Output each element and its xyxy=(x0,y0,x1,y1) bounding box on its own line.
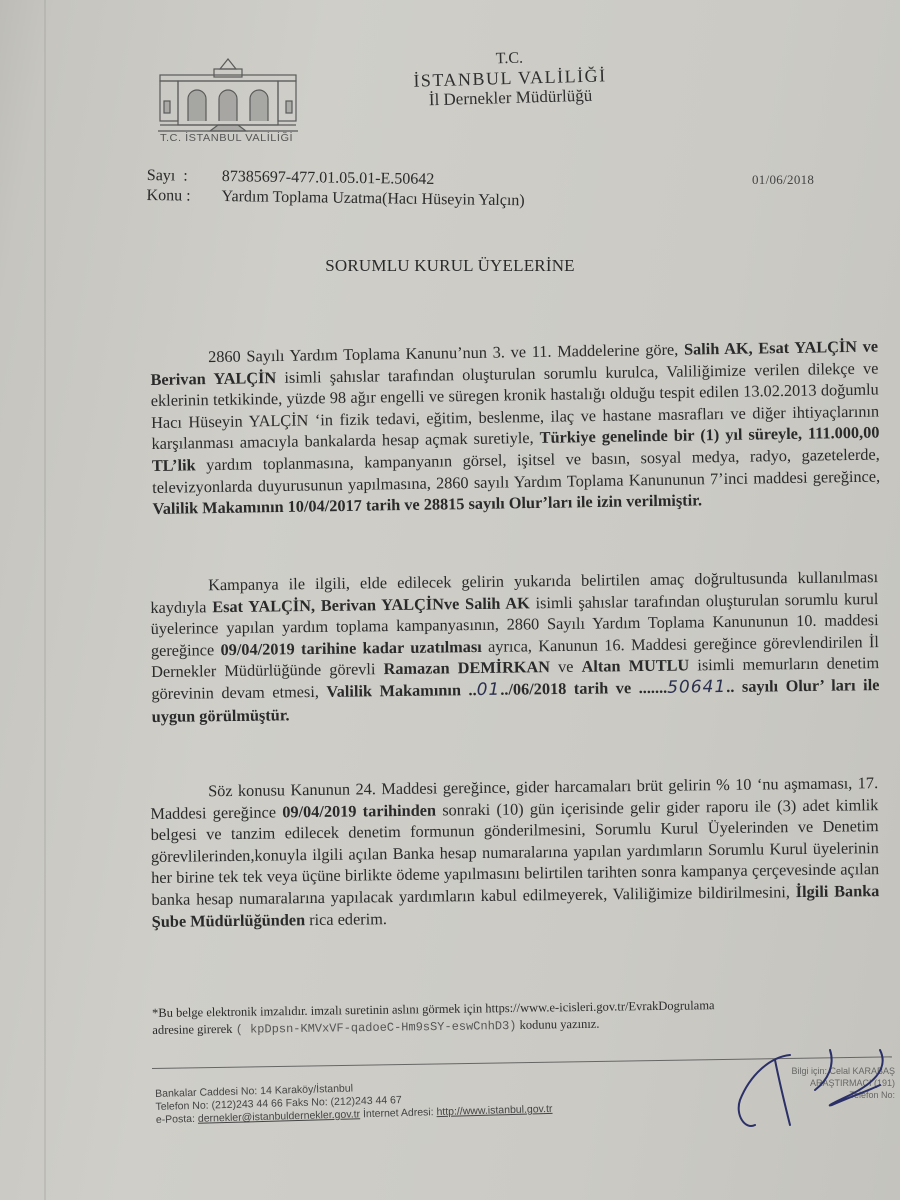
subject-row: Konu : Yardım Toplama Uzatma(Hacı Hüseyi… xyxy=(146,186,524,211)
body-text: yardım toplanmasına, kampanyanın görsel,… xyxy=(152,445,880,497)
official-letter: T.C. İSTANBUL VALİLİĞİ T.C. İSTANBUL VAL… xyxy=(0,0,900,1200)
subject-label: Konu : xyxy=(146,186,201,207)
bold-text: 09/04/2019 tarihine kadar uzatılması xyxy=(220,637,481,659)
handwritten-fill: 50641 xyxy=(667,677,726,698)
paragraph-indent xyxy=(150,362,208,363)
paragraph-indent xyxy=(150,796,208,797)
logo-caption: T.C. İSTANBUL VALİLİĞİ xyxy=(160,132,293,143)
bold-text: Ramazan DEMİRKAN xyxy=(383,657,550,678)
document-meta: Sayı : 87385697-477.01.05.01-E.50642 Kon… xyxy=(146,166,525,211)
bold-text: Esat YALÇİN, Berivan YALÇİNve Salih AK xyxy=(212,593,530,616)
document-date: 01/06/2018 xyxy=(752,172,814,188)
letterhead: T.C. İSTANBUL VALİLİĞİ İl Dernekler Müdü… xyxy=(394,47,626,111)
body-text: ve xyxy=(550,657,582,676)
paragraph-permission: 2860 Sayılı Yardım Toplama Kanunu’nun 3.… xyxy=(150,336,881,520)
verification-code: ( kpDpsn-KMVxVF-qadoeC-Hm9sSY-eswCnhD3) xyxy=(236,1019,517,1037)
bold-text: Valilik Makamının .. xyxy=(326,680,476,701)
paragraph-indent xyxy=(150,590,208,591)
body-text: rica ederim. xyxy=(305,909,387,929)
paragraph-extension: Kampanya ile ilgili, elde edilecek gelir… xyxy=(150,566,880,727)
bold-text: 09/04/2019 tarihinden xyxy=(282,800,436,821)
subject-value: Yardım Toplama Uzatma(Hacı Hüseyin Yalçı… xyxy=(221,187,524,211)
website-link[interactable]: http://www.istanbul.gov.tr xyxy=(436,1103,552,1118)
reference-label: Sayı : xyxy=(147,166,222,187)
paragraph-reporting: Söz konusu Kanunun 24. Maddesi gereğince… xyxy=(150,772,880,932)
e-signature-notice: *Bu belge elektronik imzalıdır. imzalı s… xyxy=(152,995,892,1040)
handwritten-fill: 01 xyxy=(477,680,501,700)
contact-info: Bankalar Caddesi No: 14 Karaköy/İstanbul… xyxy=(155,1077,553,1127)
bold-text: ../06/2018 tarih ve ....... xyxy=(500,678,667,699)
bold-text: Altan MUTLU xyxy=(581,656,689,676)
recipient-heading: SORUMLU KURUL ÜYELERİNE xyxy=(0,256,900,276)
handwritten-signature-icon xyxy=(730,1045,900,1145)
